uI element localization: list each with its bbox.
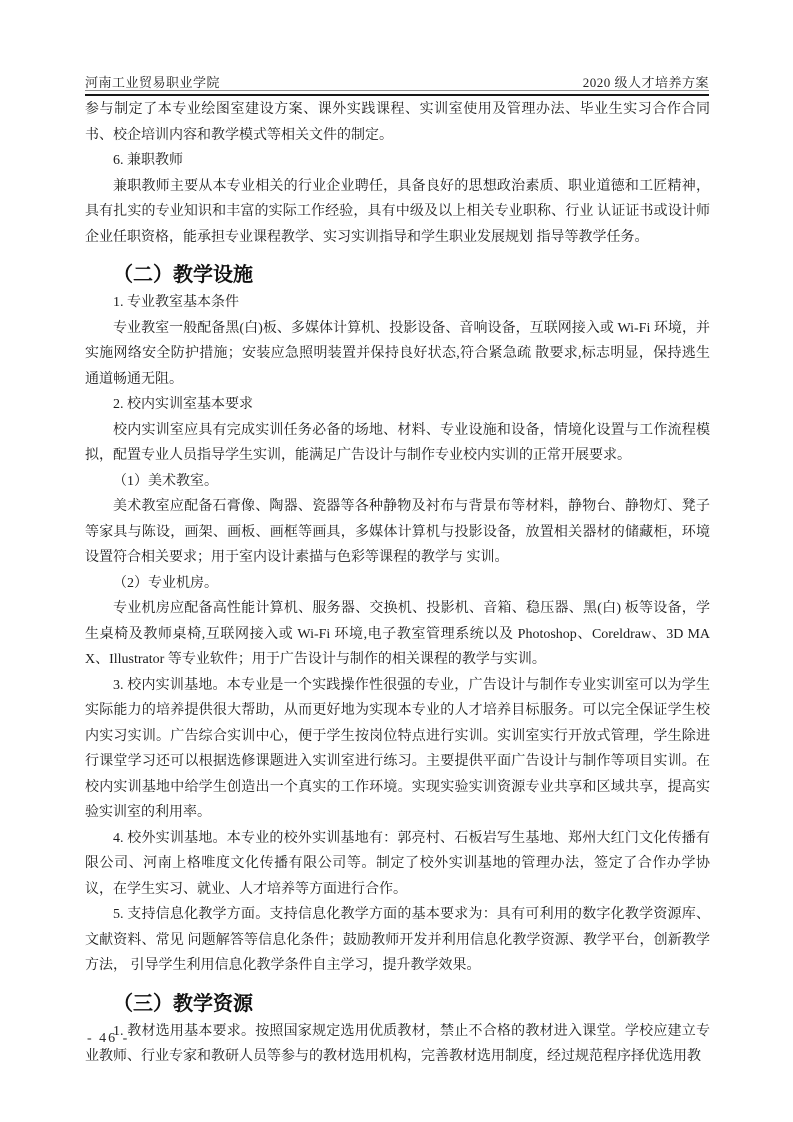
page-header: 河南工业贸易职业学院 2020 级人才培养方案 (85, 72, 709, 91)
paragraph: 5. 支持信息化教学方面。支持信息化教学方面的基本要求为：具有可利用的数字化教学… (85, 902, 710, 979)
header-rule-thin (85, 90, 709, 91)
section-heading: （二）教学设施 (85, 260, 710, 290)
paragraph: 2. 校内实训室基本要求 (85, 392, 710, 418)
page-footer: - 46 - (87, 1031, 129, 1047)
paragraph: 兼职教师主要从本专业相关的行业企业聘任，具备良好的思想政治素质、职业道德和工匠精… (85, 174, 710, 251)
paragraph: 1. 专业教室基本条件 (85, 290, 710, 316)
paragraph: 6. 兼职教师 (85, 148, 710, 174)
paragraph: 专业教室一般配备黑(白)板、多媒体计算机、投影设备、音响设备，互联网接入或 Wi… (85, 316, 710, 393)
paragraph: 4. 校外实训基地。本专业的校外实训基地有：郭亮村、石板岩写生基地、郑州大红门文… (85, 826, 710, 903)
paragraph: 校内实训室应具有完成实训任务必备的场地、材料、专业设施和设备，情境化设置与工作流… (85, 418, 710, 469)
paragraph: 美术教室应配备石膏像、陶器、瓷器等各种静物及衬布与背景布等材料，静物台、静物灯、… (85, 494, 710, 571)
paragraph: （1）美术教室。 (85, 469, 710, 495)
header-rule-thick (85, 94, 709, 96)
paragraph: 参与制定了本专业绘图室建设方案、课外实践课程、实训室使用及管理办法、毕业生实习合… (85, 97, 710, 148)
paragraph: 3. 校内实训基地。本专业是一个实践操作性很强的专业，广告设计与制作专业实训室可… (85, 673, 710, 826)
document-body: 参与制定了本专业绘图室建设方案、课外实践课程、实训室使用及管理办法、毕业生实习合… (85, 97, 710, 1070)
header-document-title: 2020 级人才培养方案 (583, 72, 709, 91)
section-heading: （三）教学资源 (85, 989, 710, 1019)
document-page: 河南工业贸易职业学院 2020 级人才培养方案 参与制定了本专业绘图室建设方案、… (0, 0, 793, 1122)
paragraph: （2）专业机房。 (85, 571, 710, 597)
paragraph: 1. 教材选用基本要求。按照国家规定选用优质教材，禁止不合格的教材进入课堂。学校… (85, 1019, 710, 1070)
paragraph: 专业机房应配备高性能计算机、服务器、交换机、投影机、音箱、稳压器、黑(白) 板等… (85, 596, 710, 673)
page-number: - 46 - (87, 1031, 129, 1046)
header-school-name: 河南工业贸易职业学院 (85, 72, 220, 91)
